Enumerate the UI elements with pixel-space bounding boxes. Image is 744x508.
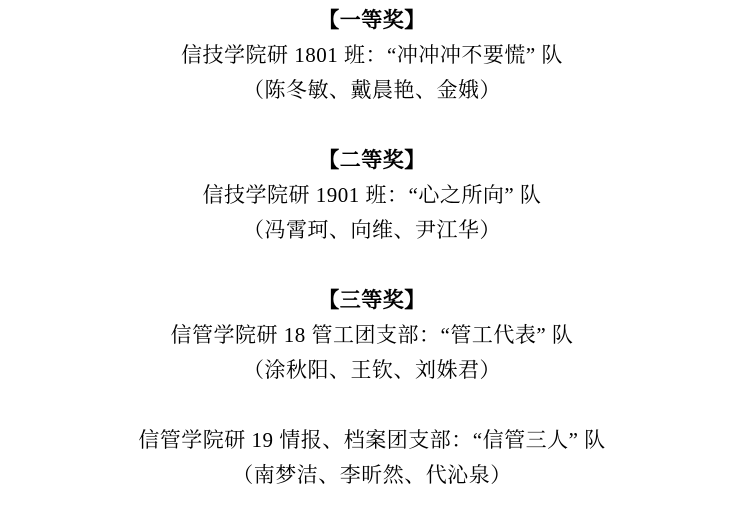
second-prize-members: （冯霄珂、向维、尹江华） <box>0 213 744 248</box>
third-prize-team-2: 信管学院研 19 情报、档案团支部：“信管三人” 队 <box>0 423 744 458</box>
third-prize-members-1: （涂秋阳、王钦、刘姝君） <box>0 353 744 388</box>
second-prize-team: 信技学院研 1901 班：“心之所向” 队 <box>0 178 744 213</box>
first-prize-members: （陈冬敏、戴晨艳、金娥） <box>0 73 744 108</box>
award-document: 【一等奖】 信技学院研 1801 班：“冲冲冲不要慌” 队 （陈冬敏、戴晨艳、金… <box>0 0 744 508</box>
blank-line <box>0 248 744 283</box>
first-prize-header: 【一等奖】 <box>0 3 744 38</box>
blank-line <box>0 108 744 143</box>
third-prize-header: 【三等奖】 <box>0 283 744 318</box>
section-first-prize: 【一等奖】 信技学院研 1801 班：“冲冲冲不要慌” 队 （陈冬敏、戴晨艳、金… <box>0 3 744 108</box>
first-prize-team: 信技学院研 1801 班：“冲冲冲不要慌” 队 <box>0 38 744 73</box>
third-prize-members-2: （南梦洁、李昕然、代沁泉） <box>0 458 744 493</box>
third-prize-team-1: 信管学院研 18 管工团支部：“管工代表” 队 <box>0 318 744 353</box>
second-prize-header: 【二等奖】 <box>0 143 744 178</box>
section-third-prize: 【三等奖】 信管学院研 18 管工团支部：“管工代表” 队 （涂秋阳、王钦、刘姝… <box>0 283 744 493</box>
section-second-prize: 【二等奖】 信技学院研 1901 班：“心之所向” 队 （冯霄珂、向维、尹江华） <box>0 143 744 248</box>
blank-line <box>0 388 744 423</box>
